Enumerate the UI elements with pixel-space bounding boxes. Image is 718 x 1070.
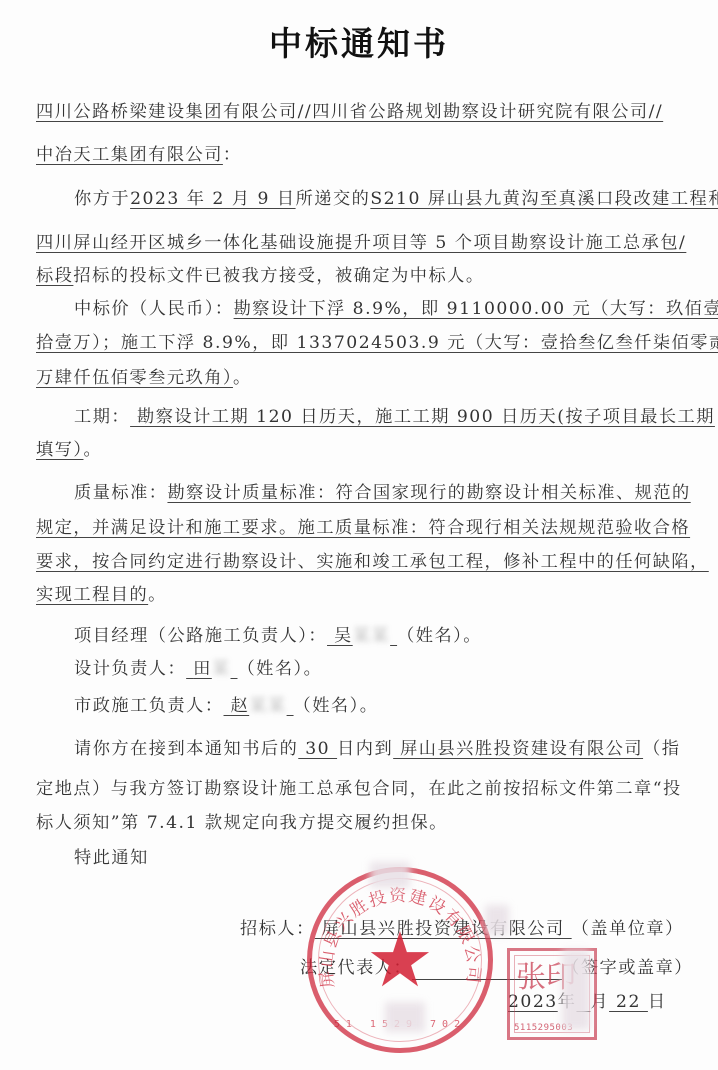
personnel-name: 吴某某 bbox=[327, 626, 397, 646]
date-day-unit: 日 bbox=[648, 992, 667, 1012]
price-label: 中标价（人民币）： bbox=[74, 299, 234, 319]
name-redacted: 某某 bbox=[353, 624, 390, 648]
quality-text-1: 勘察设计质量标准：符合国家现行的勘察设计相关标准、规范的 bbox=[167, 483, 690, 503]
addressees-text-1: 四川公路桥梁建设集团有限公司//四川省公路规划勘察设计研究院有限公司// bbox=[36, 102, 663, 122]
personnel-suffix: （姓名）。 bbox=[237, 659, 322, 679]
para1-line-3: 标段招标的投标文件已被我方接受，被确定为中标人。 bbox=[36, 264, 686, 288]
price-text-1: 勘察设计下浮 8.9%，即 9110000.00 元（大写：玖佰壹 bbox=[234, 299, 718, 319]
page-title: 中标通知书 bbox=[0, 18, 718, 65]
notice-page: 中标通知书 四川公路桥梁建设集团有限公司//四川省公路规划勘察设计研究院有限公司… bbox=[0, 0, 718, 1070]
contract-line-1: 请你方在接到本通知书后的 30 日内到 屏山县兴胜投资建设有限公司（指 bbox=[74, 737, 718, 761]
quality-text-4: 实现工程目的 bbox=[36, 585, 148, 605]
personnel-label: 市政施工负责人： bbox=[74, 696, 224, 716]
duration-line-1: 工期： 勘察设计工期 120 日历天，施工工期 900 日历天(按子项目最长工期 bbox=[74, 405, 718, 429]
date-month-unit: 月 bbox=[590, 992, 609, 1012]
personnel-label: 设计负责人： bbox=[74, 659, 186, 679]
date-day: 22 bbox=[609, 992, 648, 1012]
para1-prefix: 你方于 bbox=[74, 189, 130, 209]
duration-line-2: 填写）。 bbox=[36, 438, 686, 462]
contract-text-2: 定地点）与我方签订勘察设计施工总承包合同，在此之前按招标文件第二章“投 bbox=[36, 779, 682, 799]
price-end: 。 bbox=[233, 368, 252, 388]
project-name-1: S210 屏山县九黄沟至真溪口段改建工程和 bbox=[370, 189, 718, 209]
addressees-line-2: 中冶天工集团有限公司： bbox=[36, 143, 686, 167]
tenderer-suffix: （盖单位章） bbox=[572, 919, 684, 939]
addressees-line-1: 四川公路桥梁建设集团有限公司//四川省公路规划勘察设计研究院有限公司// bbox=[36, 100, 686, 124]
price-line-1: 中标价（人民币）：勘察设计下浮 8.9%，即 9110000.00 元（大写：玖… bbox=[74, 297, 718, 321]
para1-mid: 所递交的 bbox=[296, 189, 371, 209]
quality-end: 。 bbox=[148, 585, 167, 605]
personnel-suffix: （姓名）。 bbox=[294, 696, 379, 716]
name-visible: 吴 bbox=[334, 626, 353, 646]
name-visible: 赵 bbox=[230, 696, 249, 716]
quality-text-2: 规定，并满足设计和施工要求。施工质量标准：符合现行相关法规规范验收合格 bbox=[36, 518, 690, 538]
project-name-2: 四川屏山经开区城乡一体化基础设施提升项目等 5 个项目勘察设计施工总承包/ bbox=[36, 233, 686, 253]
contract-location: 屏山县兴胜投资建设有限公司 bbox=[393, 739, 643, 759]
price-line-2: 拾壹万）；施工下浮 8.9%，即 1337024503.9 元（大写：壹拾叁亿叁… bbox=[36, 331, 686, 355]
para1-line-2: 四川屏山经开区城乡一体化基础设施提升项目等 5 个项目勘察设计施工总承包/ bbox=[36, 231, 686, 255]
quality-text-3: 要求，按合同约定进行勘察设计、实施和竣工承包工程，修补工程中的任何缺陷， bbox=[36, 552, 709, 572]
seal-code: 51 1529 702 bbox=[312, 1019, 488, 1030]
duration-text-2: 填写） bbox=[36, 440, 83, 460]
quality-label: 质量标准： bbox=[74, 483, 167, 503]
project-name-3: 标段 bbox=[36, 266, 73, 286]
date-year-unit: 年 bbox=[558, 992, 577, 1012]
contract-line-2: 定地点）与我方签订勘察设计施工总承包合同，在此之前按招标文件第二章“投 bbox=[36, 777, 686, 801]
personnel-municipal-lead: 市政施工负责人： 赵某某 （姓名）。 bbox=[74, 694, 718, 718]
addressees-colon: ： bbox=[223, 145, 242, 165]
duration-text-1: 勘察设计工期 120 日历天，施工工期 900 日历天(按子项目最长工期 bbox=[130, 407, 715, 427]
price-line-3: 万肆仟伍佰零叁元玖角）。 bbox=[36, 366, 686, 390]
contract-text-3: 标人须知”第 7.4.1 款规定向我方提交履约担保。 bbox=[36, 813, 448, 833]
contract-prefix: 请你方在接到本通知书后的 bbox=[74, 739, 298, 759]
name-visible: 田 bbox=[193, 659, 212, 679]
closing-text: 特此通知 bbox=[74, 848, 149, 868]
personnel-design-lead: 设计负责人： 田某 （姓名）。 bbox=[74, 657, 718, 681]
addressees-text-2: 中冶天工集团有限公司 bbox=[36, 145, 223, 165]
seal-redaction-bottom bbox=[385, 1002, 425, 1032]
name-redacted: 某 bbox=[212, 657, 231, 681]
stamp-code: 5115295003 bbox=[514, 1023, 573, 1033]
personnel-project-manager: 项目经理（公路施工负责人）： 吴某某 （姓名）。 bbox=[74, 624, 718, 648]
para1-suffix: 招标的投标文件已被我方接受，被确定为中标人。 bbox=[73, 266, 484, 286]
date-month bbox=[576, 992, 590, 1012]
tenderer-line: 招标人： 屏山县兴胜投资建设有限公司 （盖单位章） bbox=[240, 917, 700, 941]
price-text-3: 万肆仟伍佰零叁元玖角） bbox=[36, 368, 233, 388]
contract-suffix: （指 bbox=[643, 739, 680, 759]
submission-date: 2023 年 2 月 9 日 bbox=[130, 189, 296, 209]
quality-line-1: 质量标准：勘察设计质量标准：符合国家现行的勘察设计相关标准、规范的 bbox=[74, 481, 718, 505]
personnel-name: 田某 bbox=[186, 659, 237, 679]
price-text-2: 拾壹万）；施工下浮 8.9%，即 1337024503.9 元（大写：壹拾叁亿叁… bbox=[36, 333, 718, 353]
para1-line-1: 你方于2023 年 2 月 9 日所递交的S210 屏山县九黄沟至真溪口段改建工… bbox=[74, 187, 718, 211]
tenderer-name: 屏山县兴胜投资建设有限公司 bbox=[315, 919, 572, 939]
contract-days: 30 bbox=[298, 739, 337, 759]
name-redacted: 某某 bbox=[249, 694, 286, 718]
contract-mid: 日内到 bbox=[337, 739, 393, 759]
personnel-name: 赵某某 bbox=[224, 696, 294, 716]
quality-line-2: 规定，并满足设计和施工要求。施工质量标准：符合现行相关法规规范验收合格 bbox=[36, 516, 686, 540]
quality-line-3: 要求，按合同约定进行勘察设计、实施和竣工承包工程，修补工程中的任何缺陷， bbox=[36, 550, 686, 574]
representative-suffix: （签字或盖章） bbox=[562, 958, 693, 978]
quality-line-4: 实现工程目的。 bbox=[36, 583, 686, 607]
tenderer-label: 招标人： bbox=[240, 919, 315, 939]
duration-label: 工期： bbox=[74, 407, 130, 427]
personnel-label: 项目经理（公路施工负责人）： bbox=[74, 626, 327, 646]
representative-label: 法定代表人： bbox=[300, 958, 412, 978]
closing-line: 特此通知 bbox=[74, 846, 718, 870]
contract-line-3: 标人须知”第 7.4.1 款规定向我方提交履约担保。 bbox=[36, 811, 686, 835]
date-year: 2023 bbox=[508, 992, 558, 1012]
duration-end: 。 bbox=[83, 440, 102, 460]
representative-line: 法定代表人：（签字或盖章） bbox=[300, 956, 700, 980]
personnel-suffix: （姓名）。 bbox=[397, 626, 482, 646]
representative-blank bbox=[412, 959, 562, 980]
date-line: 2023年 月 22 日 bbox=[508, 990, 708, 1014]
